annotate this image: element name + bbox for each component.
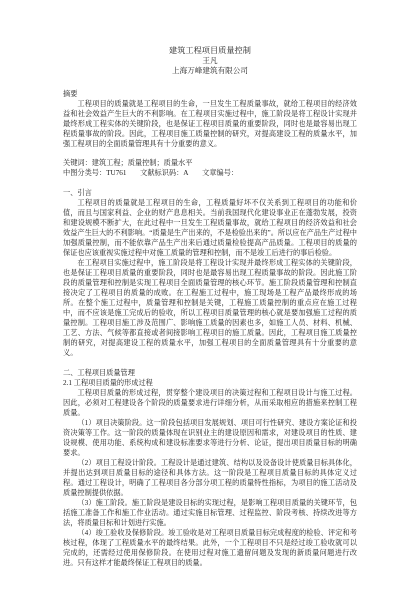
classification-line: 中图分类号：TU761文献标识码：A文章编号： [63, 168, 357, 178]
intro-paragraph-2: 在工程项目实施过程中，施工阶段是将工程设计实现并最终形成工程实体的关键阶段，也是… [63, 258, 357, 358]
quality-paragraph-5: （4）竣工验收及保修阶段。竣工验收是对工程项目质量目标完成程度的检验、评定和考核… [63, 528, 357, 568]
article-number: 文章编号： [202, 169, 238, 177]
abstract-label: 摘要 [63, 89, 357, 99]
section-heading-quality-management: 二、工程项目质量管理 [63, 368, 357, 378]
subsection-heading-formation-process: 2.1 工程项目质量的形成过程 [63, 378, 357, 388]
section-introduction: 一、引言 工程项目的质量就是工程项目的生命，工程质量好坏不仅关系到工程项目的功能… [63, 188, 357, 358]
title-block: 建筑工程项目质量控制 王凡 上海万峰建筑有限公司 [63, 46, 357, 76]
section-heading-introduction: 一、引言 [63, 188, 357, 198]
section-quality-management: 二、工程项目质量管理 2.1 工程项目质量的形成过程 工程项目质量的形成过程，贯… [63, 368, 357, 568]
quality-paragraph-4: （3）施工阶段。施工阶段是建设目标的实现过程，是影响工程项目质量的关键环节，包括… [63, 498, 357, 528]
keywords-line: 关键词：建筑工程；质量控制；质量水平 [63, 158, 357, 168]
quality-paragraph-1: 工程项目质量的形成过程，贯穿整个建设项目的决策过程和工程项目设计与施工过程。因此… [63, 388, 357, 418]
document-title: 建筑工程项目质量控制 [63, 46, 357, 56]
intro-paragraph-1: 工程项目的质量就是工程项目的生命，工程质量好坏不仅关系到工程项目的功能和价值，而… [63, 198, 357, 258]
author-name: 王凡 [63, 56, 357, 66]
document-code: 文献标识码：A [140, 169, 188, 177]
quality-paragraph-2: （1）项目决策阶段。这一阶段包括项目发展规划、项目可行性研究、建设方案论证和投资… [63, 418, 357, 458]
clc-number: 中图分类号：TU761 [63, 169, 127, 177]
abstract-text: 工程项目的质量就是工程项目的生命，一旦发生工程质量事故，就给工程项目的经济效益和… [63, 99, 357, 149]
document-content: 建筑工程项目质量控制 王凡 上海万峰建筑有限公司 摘要 工程项目的质量就是工程项… [63, 46, 357, 568]
affiliation: 上海万峰建筑有限公司 [63, 66, 357, 76]
document-page: 建筑工程项目质量控制 王凡 上海万峰建筑有限公司 摘要 工程项目的质量就是工程项… [0, 0, 417, 590]
quality-paragraph-3: （2）项目工程设计阶段。工程设计是通过建筑、结构以及设备设计使质量目标具体化，并… [63, 458, 357, 498]
